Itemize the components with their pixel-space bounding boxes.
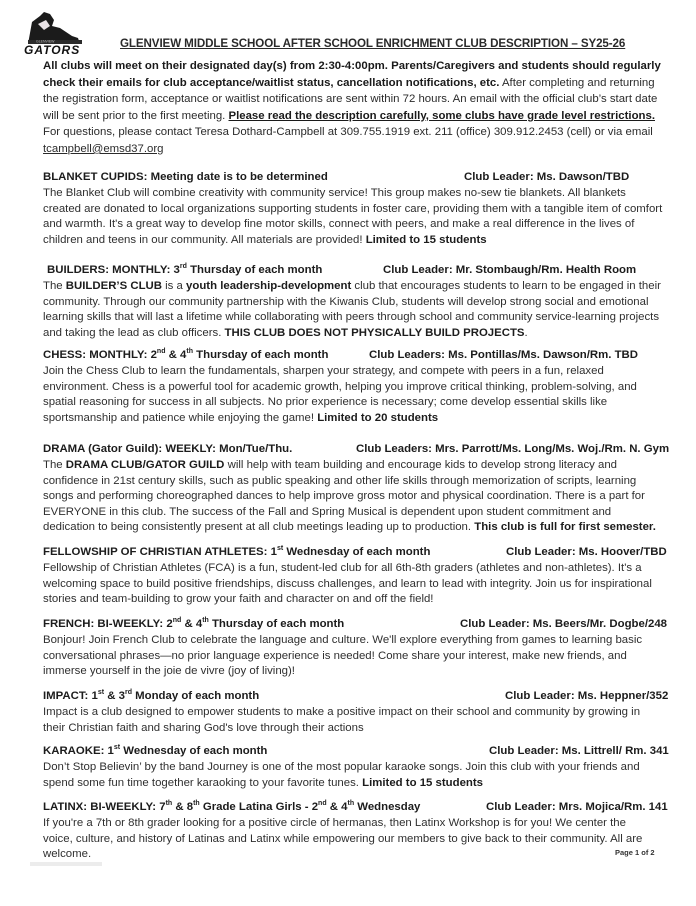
gators-logo: GLENVIEW GATORS [14,8,88,56]
scan-artifact [30,862,102,866]
club-name: BLANKET CUPIDS: Meeting date is to be de… [43,171,328,183]
club-leader: Club Leader: Ms. Hoover/TBD [506,545,667,561]
club-description: The BUILDER’S CLUB is a youth leadership… [43,279,665,341]
club-leader: Club Leader: Mrs. Mojica/Rm. 141 [486,800,668,816]
club-impact: IMPACT: 1st & 3rd Monday of each month C… [43,689,665,736]
intro-contact-text: For questions, please contact Teresa Dot… [43,126,653,138]
club-limit-note: Limited to 15 students [362,777,483,789]
club-name: BUILDERS: MONTHLY: 3rd Thursday of each … [43,264,322,276]
club-leader: Club Leader: Ms. Littrell/ Rm. 341 [489,744,669,760]
club-name: LATINX: BI-WEEKLY: 7th & 8th Grade Latin… [43,801,420,813]
club-builders: BUILDERS: MONTHLY: 3rd Thursday of each … [43,263,665,341]
club-blanket-cupids: BLANKET CUPIDS: Meeting date is to be de… [43,170,665,248]
club-header: CHESS: MONTHLY: 2nd & 4th Thursday of ea… [43,348,665,364]
club-header: LATINX: BI-WEEKLY: 7th & 8th Grade Latin… [43,800,665,816]
club-leader: Club Leader: Ms. Dawson/TBD [464,170,629,186]
club-latinx: LATINX: BI-WEEKLY: 7th & 8th Grade Latin… [43,800,665,863]
club-description: Bonjour! Join French Club to celebrate t… [43,633,665,680]
club-name: DRAMA (Gator Guild): WEEKLY: Mon/Tue/Thu… [43,443,292,455]
club-name: FRENCH: BI-WEEKLY: 2nd & 4th Thursday of… [43,618,344,630]
page-number: Page 1 of 2 [615,848,655,857]
club-name: KARAOKE: 1st Wednesday of each month [43,745,267,757]
club-karaoke: KARAOKE: 1st Wednesday of each month Clu… [43,744,665,791]
club-header: IMPACT: 1st & 3rd Monday of each month C… [43,689,665,705]
club-name: CHESS: MONTHLY: 2nd & 4th Thursday of ea… [43,349,328,361]
club-note: This club is full for first semester. [474,521,656,533]
club-name: FELLOWSHIP OF CHRISTIAN ATHLETES: 1st We… [43,546,430,558]
club-header: FRENCH: BI-WEEKLY: 2nd & 4th Thursday of… [43,617,665,633]
club-header: DRAMA (Gator Guild): WEEKLY: Mon/Tue/Thu… [43,442,665,458]
intro-underlined-notice: Please read the description carefully, s… [229,110,655,122]
club-leader: Club Leader: Ms. Beers/Mr. Dogbe/248 [460,617,667,633]
club-description: Don’t Stop Believin’ by the band Journey… [43,760,665,791]
page-title: GLENVIEW MIDDLE SCHOOL AFTER SCHOOL ENRI… [120,37,625,50]
club-leader: Club Leaders: Ms. Pontillas/Ms. Dawson/R… [369,348,638,364]
svg-text:GATORS: GATORS [24,43,80,56]
contact-email-link[interactable]: tcampbell@emsd37.org [43,143,163,155]
club-header: BUILDERS: MONTHLY: 3rd Thursday of each … [43,263,665,279]
club-french: FRENCH: BI-WEEKLY: 2nd & 4th Thursday of… [43,617,665,680]
club-description: If you're a 7th or 8th grader looking fo… [43,816,643,863]
club-drama: DRAMA (Gator Guild): WEEKLY: Mon/Tue/Thu… [43,442,665,536]
document-page: GLENVIEW GATORS GLENVIEW MIDDLE SCHOOL A… [0,0,696,906]
club-description: Impact is a club designed to empower stu… [43,705,665,736]
club-description: Join the Chess Club to learn the fundame… [43,364,665,426]
club-fellowship-christian-athletes: FELLOWSHIP OF CHRISTIAN ATHLETES: 1st We… [43,545,665,608]
club-header: BLANKET CUPIDS: Meeting date is to be de… [43,170,665,186]
club-header: KARAOKE: 1st Wednesday of each month Clu… [43,744,665,760]
intro-paragraph: All clubs will meet on their designated … [43,58,663,158]
gator-mascot-icon: GLENVIEW GATORS [14,8,88,56]
club-header: FELLOWSHIP OF CHRISTIAN ATHLETES: 1st We… [43,545,665,561]
club-description: The Blanket Club will combine creativity… [43,186,665,248]
club-leader: Club Leaders: Mrs. Parrott/Ms. Long/Ms. … [356,442,669,458]
club-note: THIS CLUB DOES NOT PHYSICALLY BUILD PROJ… [225,327,525,339]
club-leader: Club Leader: Ms. Heppner/352 [505,689,668,705]
club-limit-note: Limited to 15 students [366,234,487,246]
club-limit-note: Limited to 20 students [317,412,438,424]
club-description: The DRAMA CLUB/GATOR GUILD will help wit… [43,458,665,536]
club-leader: Club Leader: Mr. Stombaugh/Rm. Health Ro… [383,263,636,279]
club-chess: CHESS: MONTHLY: 2nd & 4th Thursday of ea… [43,348,665,426]
club-name: IMPACT: 1st & 3rd Monday of each month [43,690,259,702]
club-description: Fellowship of Christian Athletes (FCA) i… [43,561,665,608]
